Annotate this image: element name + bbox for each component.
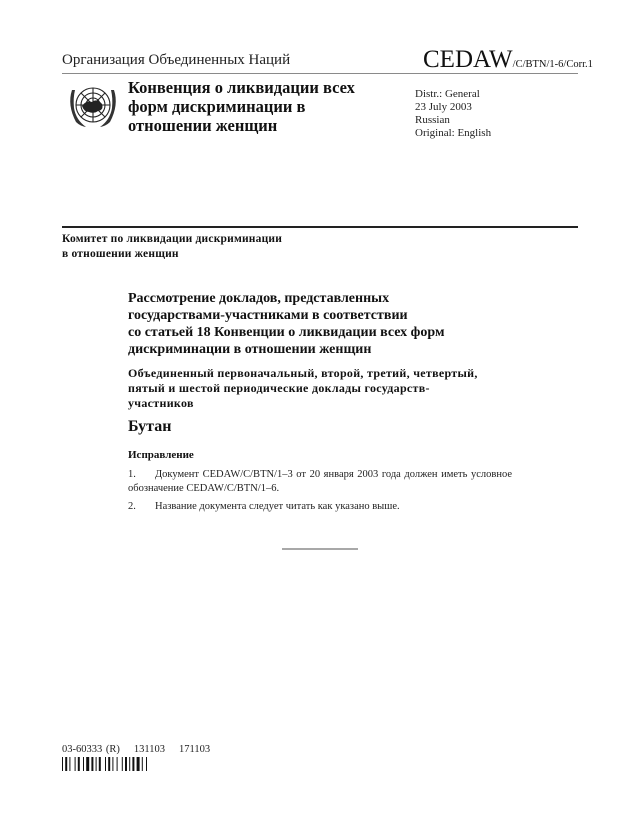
paragraph-number: 1.	[128, 468, 155, 482]
distribution-type: Distr.: General	[415, 88, 491, 101]
footer-date: 131103	[134, 744, 165, 755]
reports-subtitle-line: пятый и шестой периодические доклады гос…	[128, 381, 518, 396]
end-rule	[282, 548, 358, 550]
reports-subtitle: Объединенный первоначальный, второй, тре…	[128, 366, 518, 411]
agenda-title-line: государствами-участниками в соответствии	[128, 307, 528, 324]
convention-title: Конвенция о ликвидации всех форм дискрим…	[128, 78, 408, 135]
distribution-info: Distr.: General 23 July 2003 Russian Ori…	[415, 88, 491, 140]
agenda-title-line: Рассмотрение докладов, представленных	[128, 290, 528, 307]
organization-name: Организация Объединенных Наций	[62, 52, 290, 69]
country-name: Бутан	[128, 418, 171, 436]
convention-title-line: отношении женщин	[128, 116, 408, 135]
section-rule	[62, 226, 578, 228]
reports-subtitle-line: участников	[128, 396, 518, 411]
corrigendum-paragraph: 2.Название документа следует читать как …	[128, 500, 512, 514]
reports-subtitle-line: Объединенный первоначальный, второй, тре…	[128, 366, 518, 381]
agenda-title: Рассмотрение докладов, представленных го…	[128, 290, 528, 358]
committee-line: Комитет по ликвидации дискриминации	[62, 232, 282, 247]
barcode-icon	[62, 757, 172, 771]
paragraph-number: 2.	[128, 500, 155, 514]
original-language: Original: English	[415, 127, 491, 140]
agenda-title-line: дискриминации в отношении женщин	[128, 341, 528, 358]
paragraph-text: Название документа следует читать как ук…	[155, 501, 400, 512]
corrigendum-paragraph: 1.Документ CEDAW/C/BTN/1–3 от 20 января …	[128, 468, 512, 496]
job-number-line: 03-60333 (R)131103171103	[62, 744, 224, 755]
document-symbol: CEDAW/C/BTN/1-6/Corr.1	[423, 46, 593, 74]
committee-name: Комитет по ликвидации дискриминации в от…	[62, 232, 282, 262]
convention-title-line: форм дискриминации в	[128, 97, 408, 116]
paragraph-text: Документ CEDAW/C/BTN/1–3 от 20 января 20…	[128, 469, 512, 494]
document-symbol-main: CEDAW	[423, 46, 513, 73]
document-symbol-suffix: /C/BTN/1-6/Corr.1	[513, 59, 593, 70]
header-rule	[62, 73, 578, 74]
un-emblem-icon	[64, 80, 122, 132]
corrigendum-heading: Исправление	[128, 449, 194, 461]
agenda-title-line: со статьей 18 Конвенции о ликвидации все…	[128, 324, 528, 341]
job-number: 03-60333 (R)	[62, 744, 120, 755]
committee-line: в отношении женщин	[62, 247, 282, 262]
document-date: 23 July 2003	[415, 101, 491, 114]
convention-title-line: Конвенция о ликвидации всех	[128, 78, 408, 97]
document-language: Russian	[415, 114, 491, 127]
footer-date: 171103	[179, 744, 210, 755]
